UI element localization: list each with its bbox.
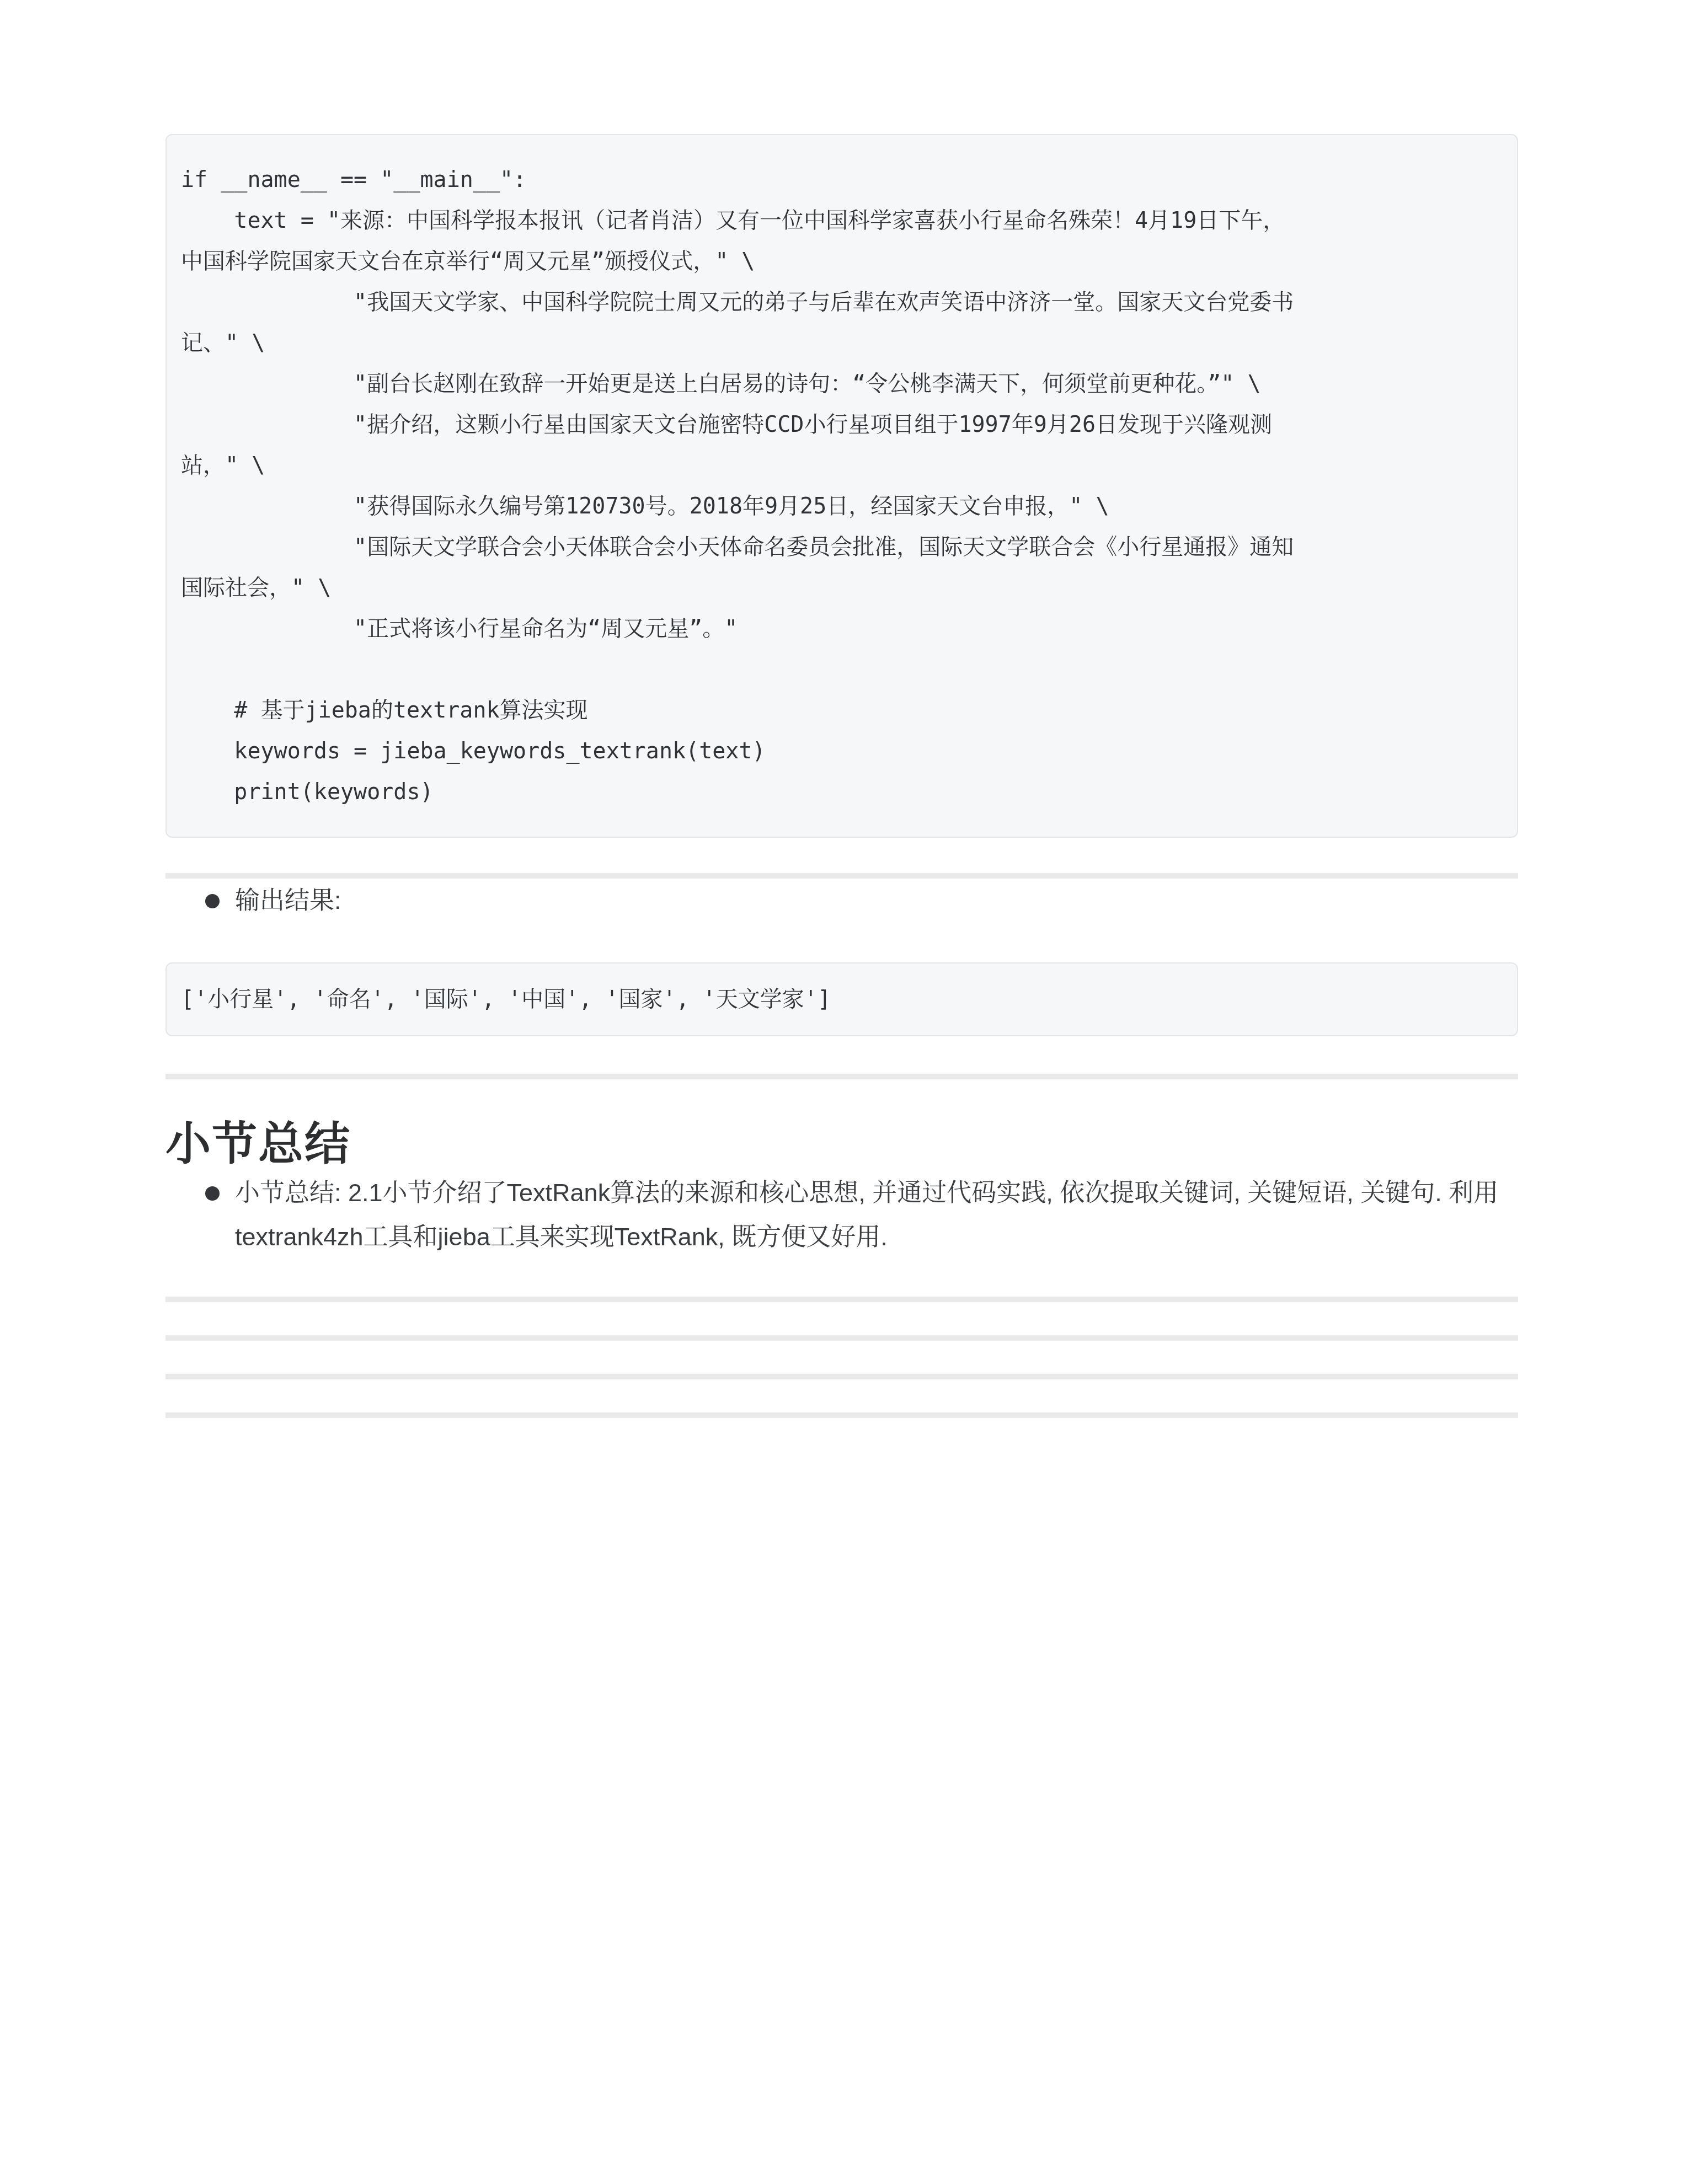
bottom-divider [165,1335,1518,1341]
summary-text: 小节总结: 2.1小节介绍了TextRank算法的来源和核心思想, 并通过代码实… [235,1179,1498,1251]
summary-list: 小节总结: 2.1小节介绍了TextRank算法的来源和核心思想, 并通过代码实… [165,1171,1518,1259]
code-line: print(keywords) [181,772,1503,812]
bottom-divider [165,1374,1518,1379]
bottom-divider [165,1412,1518,1418]
code-line: 中国科学院国家天文台在京举行“周又元星”颁授仪式，" \ [181,241,1503,282]
code-line: "获得国际永久编号第120730号。2018年9月25日，经国家天文台申报，" … [181,486,1503,527]
output-result-block: ['小行星', '命名', '国际', '中国', '国家', '天文学家'] [165,962,1518,1036]
bullet-icon [205,1186,220,1201]
code-line: 国际社会，" \ [181,568,1503,608]
bullet-icon [205,894,220,908]
code-line: if __name__ == "__main__": [181,159,1503,200]
output-label-list: 输出结果: [165,879,1518,923]
bottom-divider [165,1297,1518,1302]
code-line: "我国天文学家、中国科学院院士周又元的弟子与后辈在欢声笑语中济济一堂。国家天文台… [181,282,1503,323]
list-item: 小节总结: 2.1小节介绍了TextRank算法的来源和核心思想, 并通过代码实… [205,1171,1518,1259]
code-line: 站，" \ [181,445,1503,486]
code-line: "据介绍，这颗小行星由国家天文台施密特CCD小行星项目组于1997年9月26日发… [181,404,1503,445]
code-line: 记、" \ [181,323,1503,363]
code-line: # 基于jieba的textrank算法实现 [181,690,1503,731]
document-content: if __name__ == "__main__": text = "来源：中国… [165,0,1518,1418]
code-line: "副台长赵刚在致辞一开始更是送上白居易的诗句：“令公桃李满天下，何须堂前更种花。… [181,363,1503,404]
output-label: 输出结果: [235,886,341,914]
section-divider [165,1074,1518,1079]
section-title: 小节总结 [165,1118,1518,1171]
code-line: text = "来源：中国科学报本报讯（记者肖洁）又有一位中国科学家喜获小行星命… [181,200,1503,241]
code-line: "正式将该小行星命名为“周又元星”。" [181,608,1503,649]
code-line: keywords = jieba_keywords_textrank(text) [181,731,1503,772]
list-item: 输出结果: [205,879,1518,923]
section-divider [165,873,1518,879]
code-line: "国际天文学联合会小天体联合会小天体命名委员会批准，国际天文学联合会《小行星通报… [181,527,1503,568]
python-code-block: if __name__ == "__main__": text = "来源：中国… [165,134,1518,838]
code-line [181,649,1503,690]
